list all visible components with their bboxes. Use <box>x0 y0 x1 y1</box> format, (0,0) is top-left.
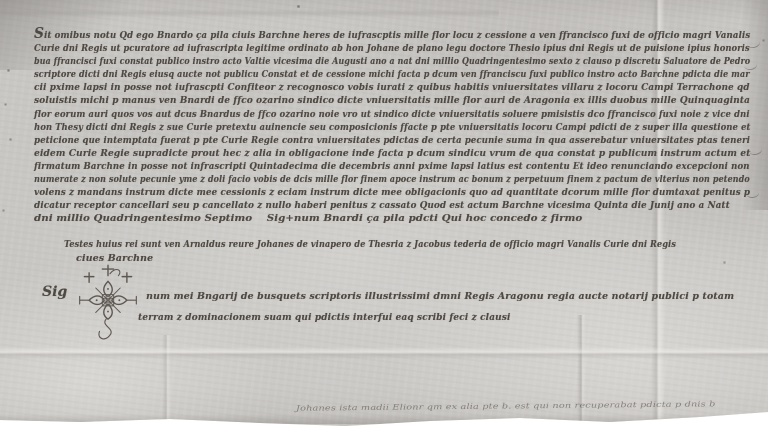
signum-text: terram z dominacionem suam qui pdictis i… <box>138 311 510 324</box>
horizontal-crease-top <box>0 9 499 17</box>
bottom-edge-shadow <box>0 414 768 424</box>
charter-line: Sit omibus notu Qd ego Bnardo ça pila ci… <box>34 27 750 42</box>
archival-note: Johanes ista madii Elionr qm ex alia pte… <box>296 400 618 412</box>
charter-line: firmatum Barchne in posse not infrascrip… <box>34 160 750 173</box>
signum-sig-word: Sig <box>42 284 67 300</box>
charter-line: flor eorum auri quos vos aut dcus Bnardu… <box>34 108 750 121</box>
signum-text: num mei Bngarij de busquets scriptoris i… <box>146 290 734 303</box>
signum-subscription-line-1: num mei Bngarij de busquets scriptoris i… <box>146 290 735 303</box>
charter-line: scriptore dicti dni Regis eiusq aucte no… <box>34 68 750 81</box>
witness-clause: Testes huius rei sunt ven Arnaldus reure… <box>64 238 768 265</box>
charter-line: bua ffrancisci fuxi constat publico inst… <box>34 55 750 68</box>
charter-line: dni millio Quadringentesimo Septimo Sig+… <box>34 212 582 225</box>
vertical-crease-left-bottom <box>162 335 171 430</box>
horizontal-fold-crease <box>0 347 768 359</box>
charter-line: cii pxime lapsi in posse not iufrascpti … <box>34 81 750 94</box>
witness-line: Testes huius rei sunt ven Arnaldus reure… <box>64 238 676 251</box>
charter-line: numerate z non solute pecunie yme z doli… <box>34 173 750 186</box>
charter-line: dicatur receptor cancellari seu p cancel… <box>34 199 730 212</box>
charter-line: eidem Curie Regie supradicte prout hec z… <box>34 147 750 160</box>
manuscript-photo: Sit omibus notu Qd ego Bnardo ça pila ci… <box>0 0 768 430</box>
charter-line: volens z mandans instrum dicte mee cessi… <box>34 186 750 199</box>
charter-line: Curie dni Regis ut pcuratore ad iufrascr… <box>34 42 750 55</box>
notarial-sign-icon <box>74 262 142 346</box>
dirt-specks <box>0 0 1 1</box>
charter-main-text: Sit omibus notu Qd ego Bnardo ça pila ci… <box>34 27 768 225</box>
signum-subscription-line-2: terram z dominacionem suam qui pdictis i… <box>138 311 529 324</box>
charter-line: hon Thesy dicti dni Regis z sue Curie pr… <box>34 121 750 134</box>
vertical-crease-right-bottom <box>577 315 586 430</box>
charter-line: peticione que intemptata fuerat p pte Cu… <box>34 134 750 147</box>
parchment-sheet: Sit omibus notu Qd ego Bnardo ça pila ci… <box>0 0 768 430</box>
archival-note-text: Johanes ista madii Elionr qm ex alia pte… <box>296 399 716 412</box>
charter-line: soluistis michi p manus ven Bnardi de ff… <box>34 94 750 107</box>
